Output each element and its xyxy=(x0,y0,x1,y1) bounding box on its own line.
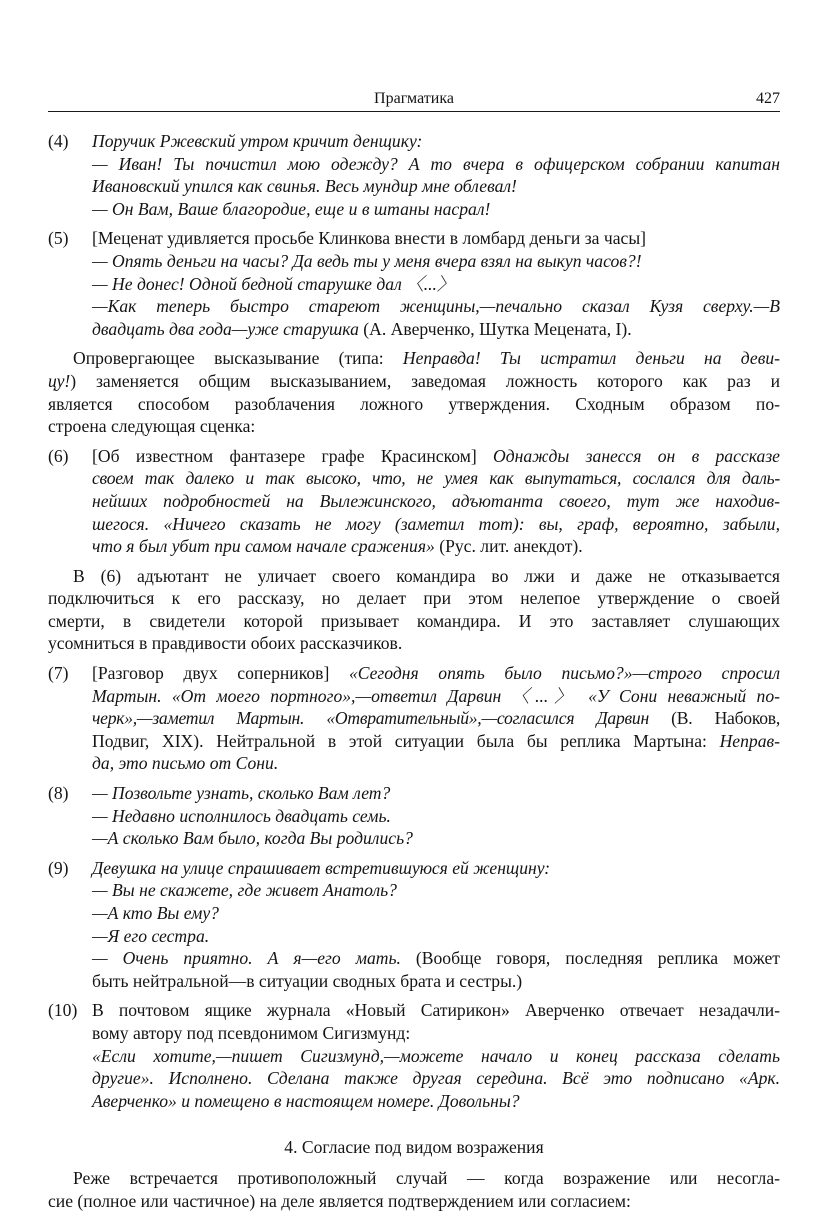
example-line: — Иван! Ты почистил мою одежду? А то вче… xyxy=(92,153,780,176)
text-span-italic: «Сегодня опять было письмо?»—строго спро… xyxy=(349,663,780,683)
example-line: быть нейтральной—в ситуации сводных брат… xyxy=(92,970,780,993)
example-line: Аверченко» и помещено в настоящем номере… xyxy=(92,1090,780,1113)
example-line: двадцать два года—уже старушка (А. Аверч… xyxy=(92,318,780,341)
example-line: В почтовом ящике журнала «Новый Сатирико… xyxy=(92,999,780,1022)
example-line: Ивановский упился как свинья. Весь мунди… xyxy=(92,175,780,198)
example-number: (9) xyxy=(48,857,69,880)
example-line: другие». Исполнено. Сделана также другая… xyxy=(92,1067,780,1090)
paragraph-line: является способом разоблачения ложного у… xyxy=(48,393,780,416)
example-line: шегося. «Ничего сказать не могу (заметил… xyxy=(92,513,780,536)
paragraph-line: Опровергающее высказывание (типа: Неправ… xyxy=(48,347,780,370)
example-line: — Очень приятно. А я—его мать. (Вообще г… xyxy=(92,947,780,970)
text-span-italic: — Очень приятно. А я—его мать. xyxy=(92,948,401,968)
example-source: (В. Набоков, xyxy=(649,708,780,728)
text-span: Опровергающее высказывание (типа: xyxy=(73,348,403,368)
example-10: (10) В почтовом ящике журнала «Новый Сат… xyxy=(48,999,780,1112)
running-head: Прагматика 427 xyxy=(48,88,780,110)
paragraph: Опровергающее высказывание (типа: Неправ… xyxy=(48,347,780,437)
text-span: [Об известном фантазере графе Красинском… xyxy=(92,446,493,466)
text-span-italic: Неправ- xyxy=(720,731,780,751)
example-number: (10) xyxy=(48,999,77,1022)
text-span: Подвиг, XIX). Нейтральной в этой ситуаци… xyxy=(92,731,720,751)
example-line: —А кто Вы ему? xyxy=(92,902,780,925)
text-span-italic: цу! xyxy=(48,371,70,391)
text-span-italic: Неправда! Ты истратил деньги на деви- xyxy=(403,348,780,368)
example-line: своем так далеко и так высоко, что, не у… xyxy=(92,467,780,490)
page-number: 427 xyxy=(756,88,780,110)
example-line: что я был убит при самом начале сражения… xyxy=(92,535,780,558)
example-6: (6) [Об известном фантазере графе Красин… xyxy=(48,445,780,558)
example-line: нейших подробностей на Вылежинского, адъ… xyxy=(92,490,780,513)
page-body: (4) Поручик Ржевский утром кричит денщик… xyxy=(48,130,780,1219)
example-number: (5) xyxy=(48,227,69,250)
text-span-italic: черк»,—заметил Мартын. «Отвратительный»,… xyxy=(92,708,649,728)
example-number: (6) xyxy=(48,445,69,468)
paragraph-line: смерти, в свидетели которой призывает ко… xyxy=(48,610,780,633)
text-span-italic: Однажды занесся он в рассказе xyxy=(493,446,780,466)
example-source: (А. Аверченко, Шутка Мецената, I). xyxy=(359,319,632,339)
example-line: Поручик Ржевский утром кричит денщику: xyxy=(92,130,780,153)
example-5: (5) [Меценат удивляется просьбе Клинкова… xyxy=(48,227,780,340)
text-span: (Вообще говоря, последняя реплика может xyxy=(401,948,780,968)
example-number: (7) xyxy=(48,662,69,685)
paragraph: В (6) адъютант не уличает своего команди… xyxy=(48,565,780,655)
example-4: (4) Поручик Ржевский утром кричит денщик… xyxy=(48,130,780,220)
example-line: [Об известном фантазере графе Красинском… xyxy=(92,445,780,468)
example-quote: что я был убит при самом начале сражения… xyxy=(92,536,435,556)
paragraph-line: цу!) заменяется общим высказыванием, зав… xyxy=(48,370,780,393)
example-line: «Если хотите,—пишет Сигизмунд,—можете на… xyxy=(92,1045,780,1068)
text-span: ) заменяется общим высказыванием, заведо… xyxy=(70,371,780,391)
example-number: (4) xyxy=(48,130,69,153)
example-line: черк»,—заметил Мартын. «Отвратительный»,… xyxy=(92,707,780,730)
paragraph-line: Реже встречается противоположный случай … xyxy=(48,1167,780,1190)
example-line: — Позвольте узнать, сколько Вам лет? xyxy=(92,782,780,805)
example-line: [Меценат удивляется просьбе Клинкова вне… xyxy=(92,227,780,250)
example-line: Подвиг, XIX). Нейтральной в этой ситуаци… xyxy=(92,730,780,753)
example-number: (8) xyxy=(48,782,69,805)
example-line: Девушка на улице спрашивает встретившуюс… xyxy=(92,857,780,880)
example-9: (9) Девушка на улице спрашивает встретив… xyxy=(48,857,780,993)
example-line: Мартын. «От моего портного»,—ответил Дар… xyxy=(92,685,780,708)
section-heading: 4. Согласие под видом возражения xyxy=(48,1136,780,1159)
example-line: — Не донес! Одной бедной старушке дал 〈.… xyxy=(92,273,780,296)
example-line: — Опять деньги на часы? Да ведь ты у мен… xyxy=(92,250,780,273)
paragraph-line: сие (полное или частичное) на деле являе… xyxy=(48,1190,780,1213)
header-rule xyxy=(48,111,780,112)
paragraph-line: В (6) адъютант не уличает своего команди… xyxy=(48,565,780,588)
paragraph-line: строена следующая сценка: xyxy=(48,415,780,438)
paragraph: Реже встречается противоположный случай … xyxy=(48,1167,780,1212)
example-line: вому автору под псевдонимом Сигизмунд: xyxy=(92,1022,780,1045)
example-line: — Вы не скажете, где живет Анатоль? xyxy=(92,879,780,902)
paragraph-line: подключиться к его рассказу, но делает п… xyxy=(48,587,780,610)
example-line: —Я его сестра. xyxy=(92,925,780,948)
text-span: [Разговор двух соперников] xyxy=(92,663,349,683)
example-8: (8) — Позвольте узнать, сколько Вам лет?… xyxy=(48,782,780,850)
example-quote: двадцать два года—уже старушка xyxy=(92,319,359,339)
example-7: (7) [Разговор двух соперников] «Сегодня … xyxy=(48,662,780,775)
running-head-title: Прагматика xyxy=(48,88,780,110)
example-line: —Как теперь быстро стареют женщины,—печа… xyxy=(92,295,780,318)
example-line: да, это письмо от Сони. xyxy=(92,752,780,775)
paragraph-line: усомниться в правдивости обоих рассказчи… xyxy=(48,632,780,655)
example-line: [Разговор двух соперников] «Сегодня опят… xyxy=(92,662,780,685)
example-line: — Недавно исполнилось двадцать семь. xyxy=(92,805,780,828)
example-source: (Рус. лит. анекдот). xyxy=(435,536,583,556)
example-line: — Он Вам, Ваше благородие, еще и в штаны… xyxy=(92,198,780,221)
example-line: —А сколько Вам было, когда Вы родились? xyxy=(92,827,780,850)
